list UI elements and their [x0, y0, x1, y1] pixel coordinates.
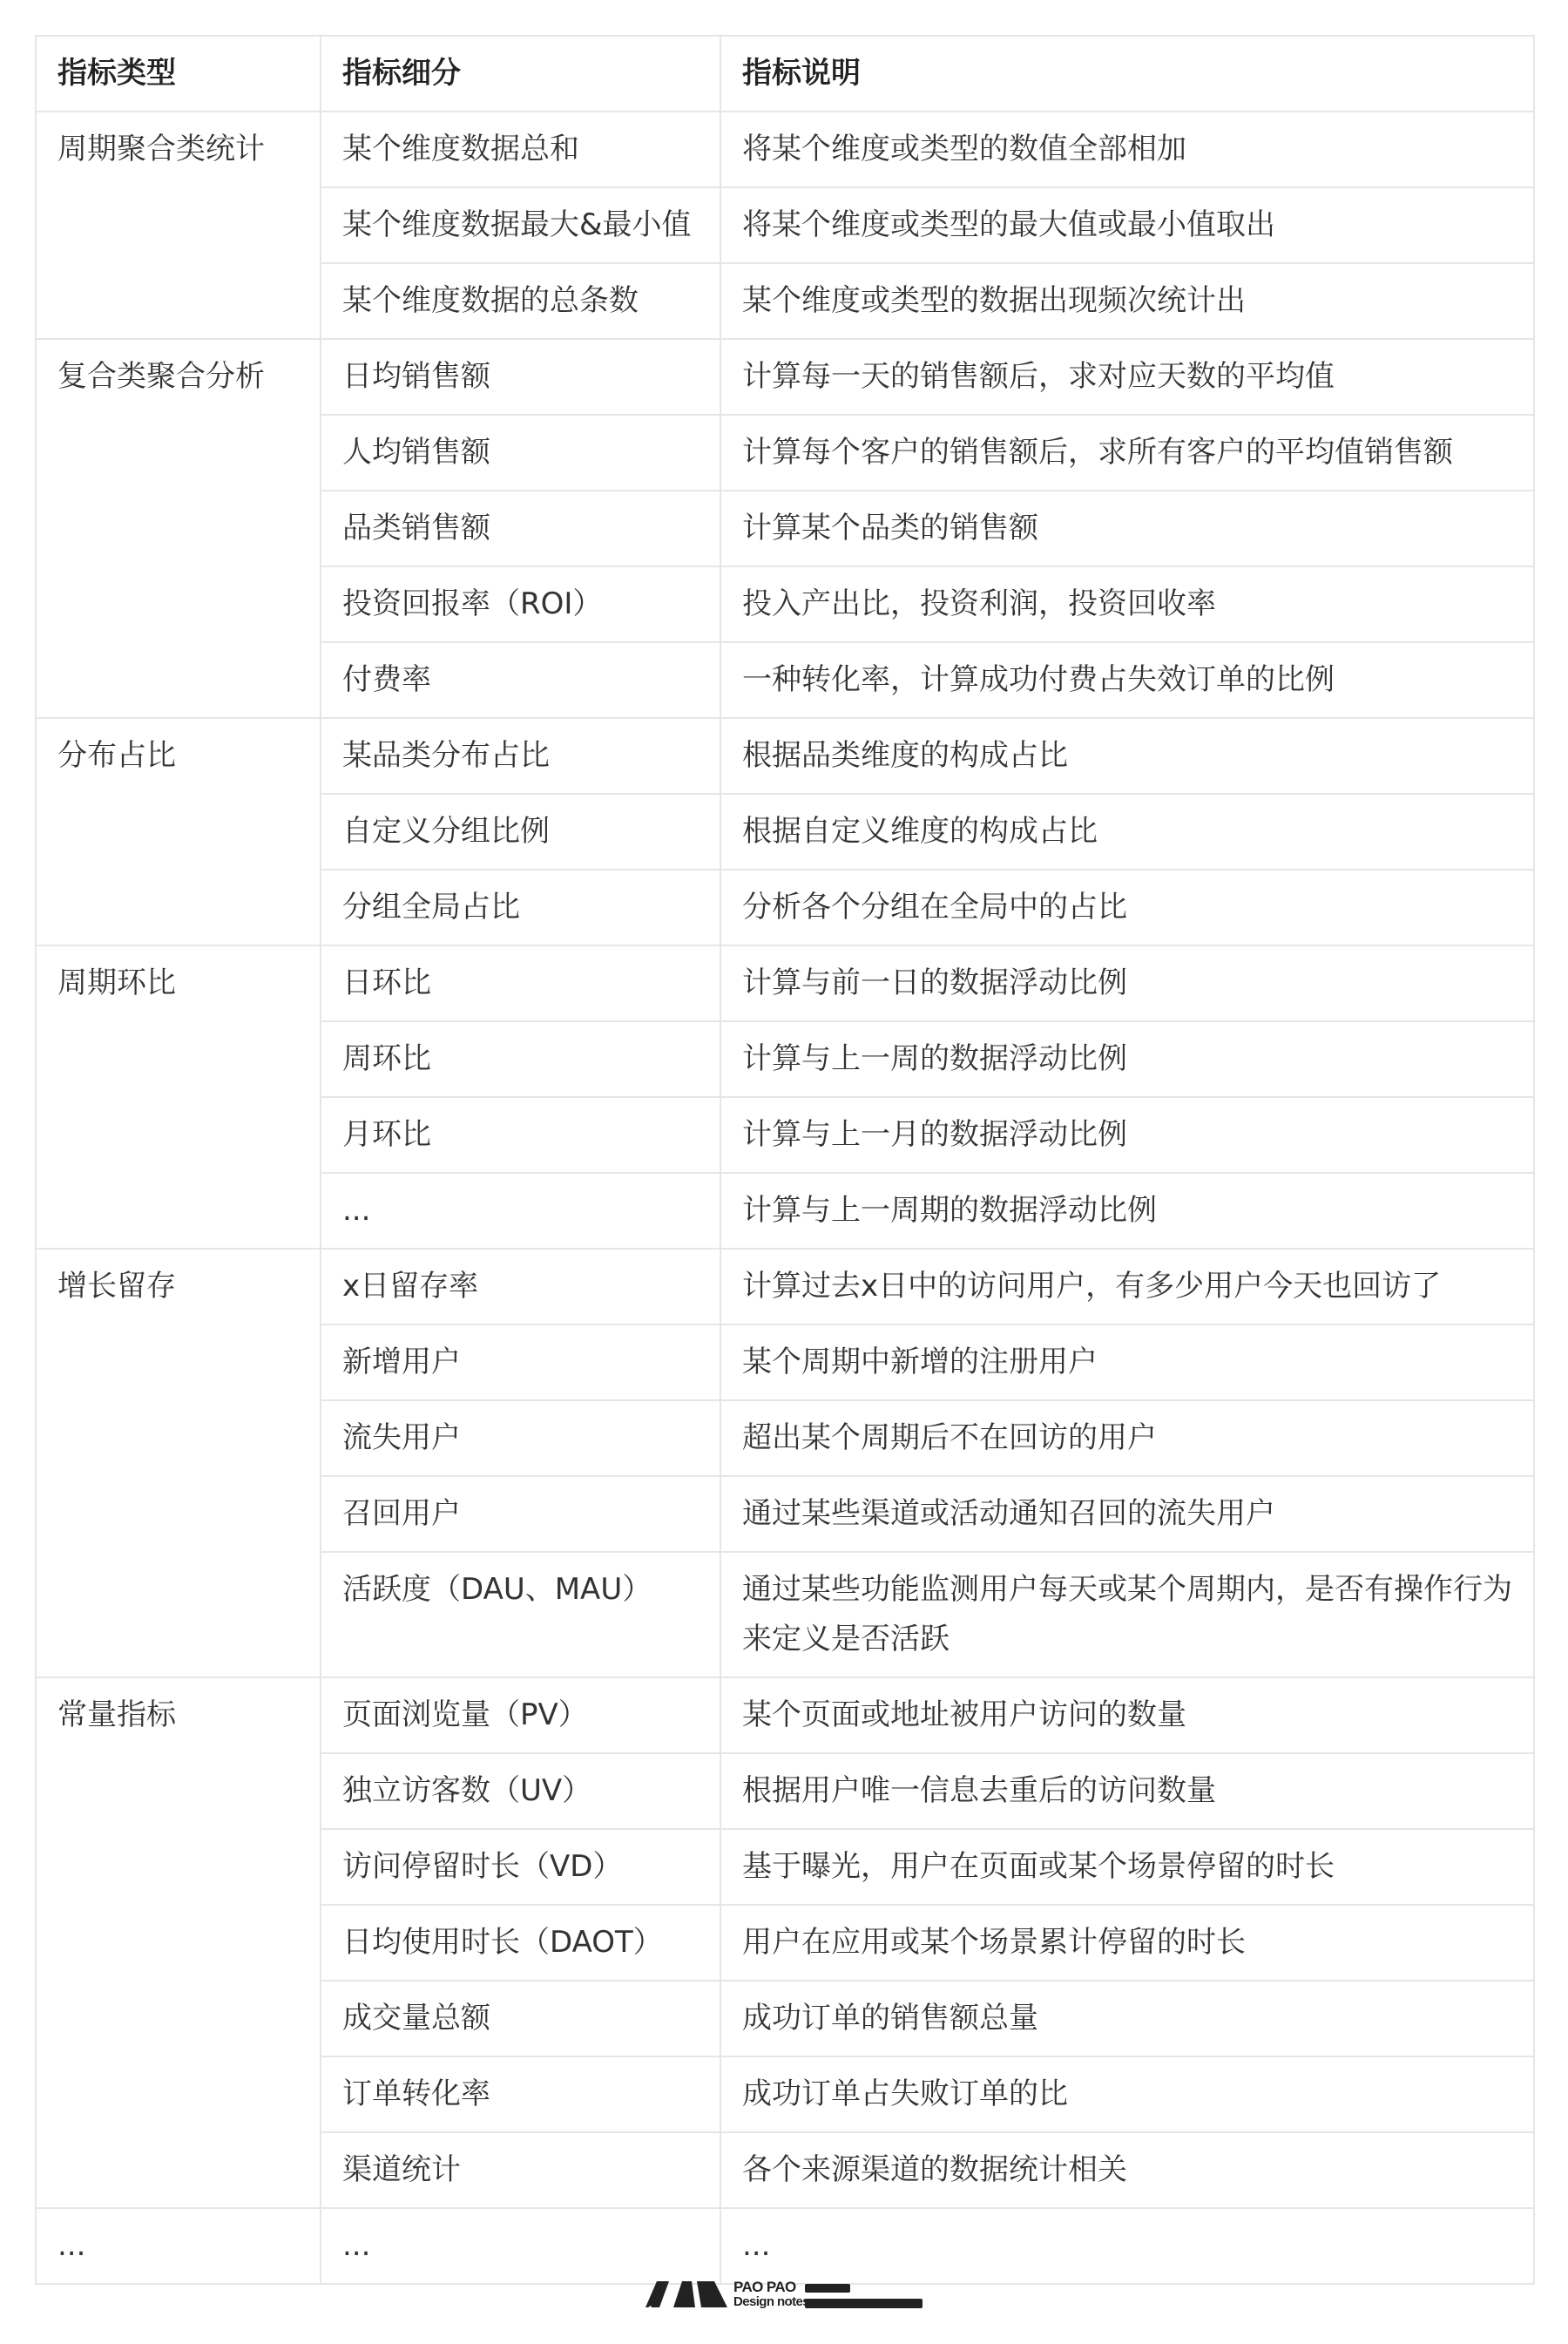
logo-subtitle: Design notes	[733, 2295, 809, 2309]
logo-bar-short	[805, 2284, 850, 2293]
detail-cell: 访问停留时长（VD）	[321, 1829, 720, 1905]
pao-pao-mountain-logo-icon	[643, 2276, 730, 2314]
group-type-cell: 周期聚合类统计	[36, 112, 321, 339]
metrics-table: 指标类型 指标细分 指标说明 周期聚合类统计 某个维度数据总和 将某个维度或类型…	[35, 35, 1535, 2285]
group-type-cell: 周期环比	[36, 945, 321, 1249]
header-metric-description: 指标说明	[720, 36, 1534, 112]
description-cell: 用户在应用或某个场景累计停留的时长	[720, 1905, 1534, 1981]
group-type-cell: 常量指标	[36, 1677, 321, 2208]
detail-cell: 某个维度数据的总条数	[321, 263, 720, 339]
description-cell: 计算与上一月的数据浮动比例	[720, 1097, 1534, 1173]
description-cell: ...	[720, 2208, 1534, 2284]
description-cell: 计算某个品类的销售额	[720, 491, 1534, 566]
description-cell: 计算每个客户的销售额后，求所有客户的平均值销售额	[720, 415, 1534, 491]
detail-cell: x日留存率	[321, 1249, 720, 1324]
detail-cell: 页面浏览量（PV）	[321, 1677, 720, 1753]
detail-cell: 人均销售额	[321, 415, 720, 491]
detail-cell: 月环比	[321, 1097, 720, 1173]
description-cell: 投入产出比，投资利润，投资回收率	[720, 566, 1534, 642]
detail-cell: 自定义分组比例	[321, 794, 720, 870]
table-row: 分布占比 某品类分布占比 根据品类维度的构成占比	[36, 718, 1534, 794]
logo-bar-long	[805, 2299, 923, 2308]
description-cell: 将某个维度或类型的数值全部相加	[720, 112, 1534, 187]
detail-cell: 某品类分布占比	[321, 718, 720, 794]
detail-cell: 渠道统计	[321, 2132, 720, 2208]
detail-cell: ...	[321, 2208, 720, 2284]
table-row: 常量指标 页面浏览量（PV） 某个页面或地址被用户访问的数量	[36, 1677, 1534, 1753]
description-cell: 某个页面或地址被用户访问的数量	[720, 1677, 1534, 1753]
detail-cell: 日均使用时长（DAOT）	[321, 1905, 720, 1981]
detail-cell: 品类销售额	[321, 491, 720, 566]
logo-title: PAO PAO	[733, 2280, 796, 2294]
description-cell: 一种转化率，计算成功付费占失效订单的比例	[720, 642, 1534, 718]
detail-cell: 活跃度（DAU、MAU）	[321, 1552, 720, 1677]
detail-cell: 独立访客数（UV）	[321, 1753, 720, 1829]
description-cell: 计算与上一周的数据浮动比例	[720, 1021, 1534, 1097]
table-row: 周期环比 日环比 计算与前一日的数据浮动比例	[36, 945, 1534, 1021]
description-cell: 基于曝光，用户在页面或某个场景停留的时长	[720, 1829, 1534, 1905]
description-cell: 计算每一天的销售额后，求对应天数的平均值	[720, 339, 1534, 415]
description-cell: 根据自定义维度的构成占比	[720, 794, 1534, 870]
table-row: 增长留存 x日留存率 计算过去x日中的访问用户，有多少用户今天也回访了	[36, 1249, 1534, 1324]
description-cell: 通过某些渠道或活动通知召回的流失用户	[720, 1476, 1534, 1552]
group-type-cell: 复合类聚合分析	[36, 339, 321, 718]
description-cell: 分析各个分组在全局中的占比	[720, 870, 1534, 945]
table-row: ... ... ...	[36, 2208, 1534, 2284]
detail-cell: 新增用户	[321, 1324, 720, 1400]
detail-cell: ...	[321, 1173, 720, 1249]
description-cell: 成功订单的销售额总量	[720, 1981, 1534, 2056]
description-cell: 根据品类维度的构成占比	[720, 718, 1534, 794]
description-cell: 某个维度或类型的数据出现频次统计出	[720, 263, 1534, 339]
description-cell: 计算与上一周期的数据浮动比例	[720, 1173, 1534, 1249]
group-type-cell: 增长留存	[36, 1249, 321, 1677]
footer-logo: PAO PAO Design notes	[643, 2276, 930, 2314]
description-cell: 各个来源渠道的数据统计相关	[720, 2132, 1534, 2208]
description-cell: 通过某些功能监测用户每天或某个周期内，是否有操作行为来定义是否活跃	[720, 1552, 1534, 1677]
detail-cell: 成交量总额	[321, 1981, 720, 2056]
detail-cell: 召回用户	[321, 1476, 720, 1552]
detail-cell: 日环比	[321, 945, 720, 1021]
detail-cell: 付费率	[321, 642, 720, 718]
header-metric-type: 指标类型	[36, 36, 321, 112]
description-cell: 超出某个周期后不在回访的用户	[720, 1400, 1534, 1476]
description-cell: 将某个维度或类型的最大值或最小值取出	[720, 187, 1534, 263]
detail-cell: 某个维度数据总和	[321, 112, 720, 187]
description-cell: 根据用户唯一信息去重后的访问数量	[720, 1753, 1534, 1829]
table-row: 周期聚合类统计 某个维度数据总和 将某个维度或类型的数值全部相加	[36, 112, 1534, 187]
detail-cell: 日均销售额	[321, 339, 720, 415]
description-cell: 计算与前一日的数据浮动比例	[720, 945, 1534, 1021]
description-cell: 某个周期中新增的注册用户	[720, 1324, 1534, 1400]
detail-cell: 订单转化率	[321, 2056, 720, 2132]
description-cell: 计算过去x日中的访问用户，有多少用户今天也回访了	[720, 1249, 1534, 1324]
header-metric-detail: 指标细分	[321, 36, 720, 112]
group-type-cell: 分布占比	[36, 718, 321, 945]
table-header-row: 指标类型 指标细分 指标说明	[36, 36, 1534, 112]
detail-cell: 投资回报率（ROI）	[321, 566, 720, 642]
group-type-cell: ...	[36, 2208, 321, 2284]
detail-cell: 某个维度数据最大&最小值	[321, 187, 720, 263]
description-cell: 成功订单占失败订单的比	[720, 2056, 1534, 2132]
detail-cell: 分组全局占比	[321, 870, 720, 945]
detail-cell: 周环比	[321, 1021, 720, 1097]
table-row: 复合类聚合分析 日均销售额 计算每一天的销售额后，求对应天数的平均值	[36, 339, 1534, 415]
detail-cell: 流失用户	[321, 1400, 720, 1476]
